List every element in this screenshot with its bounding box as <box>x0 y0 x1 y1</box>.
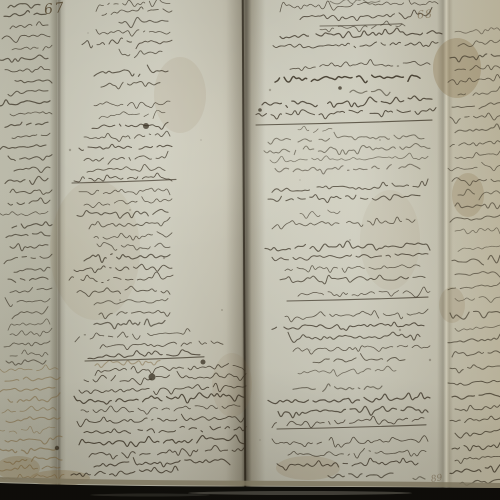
next-page-edge <box>446 0 500 500</box>
manuscript-right-page <box>244 0 446 500</box>
manuscript-photo: 67 68 89 <box>0 0 500 500</box>
manuscript-left-page <box>57 0 244 500</box>
previous-page-edge <box>0 0 57 500</box>
